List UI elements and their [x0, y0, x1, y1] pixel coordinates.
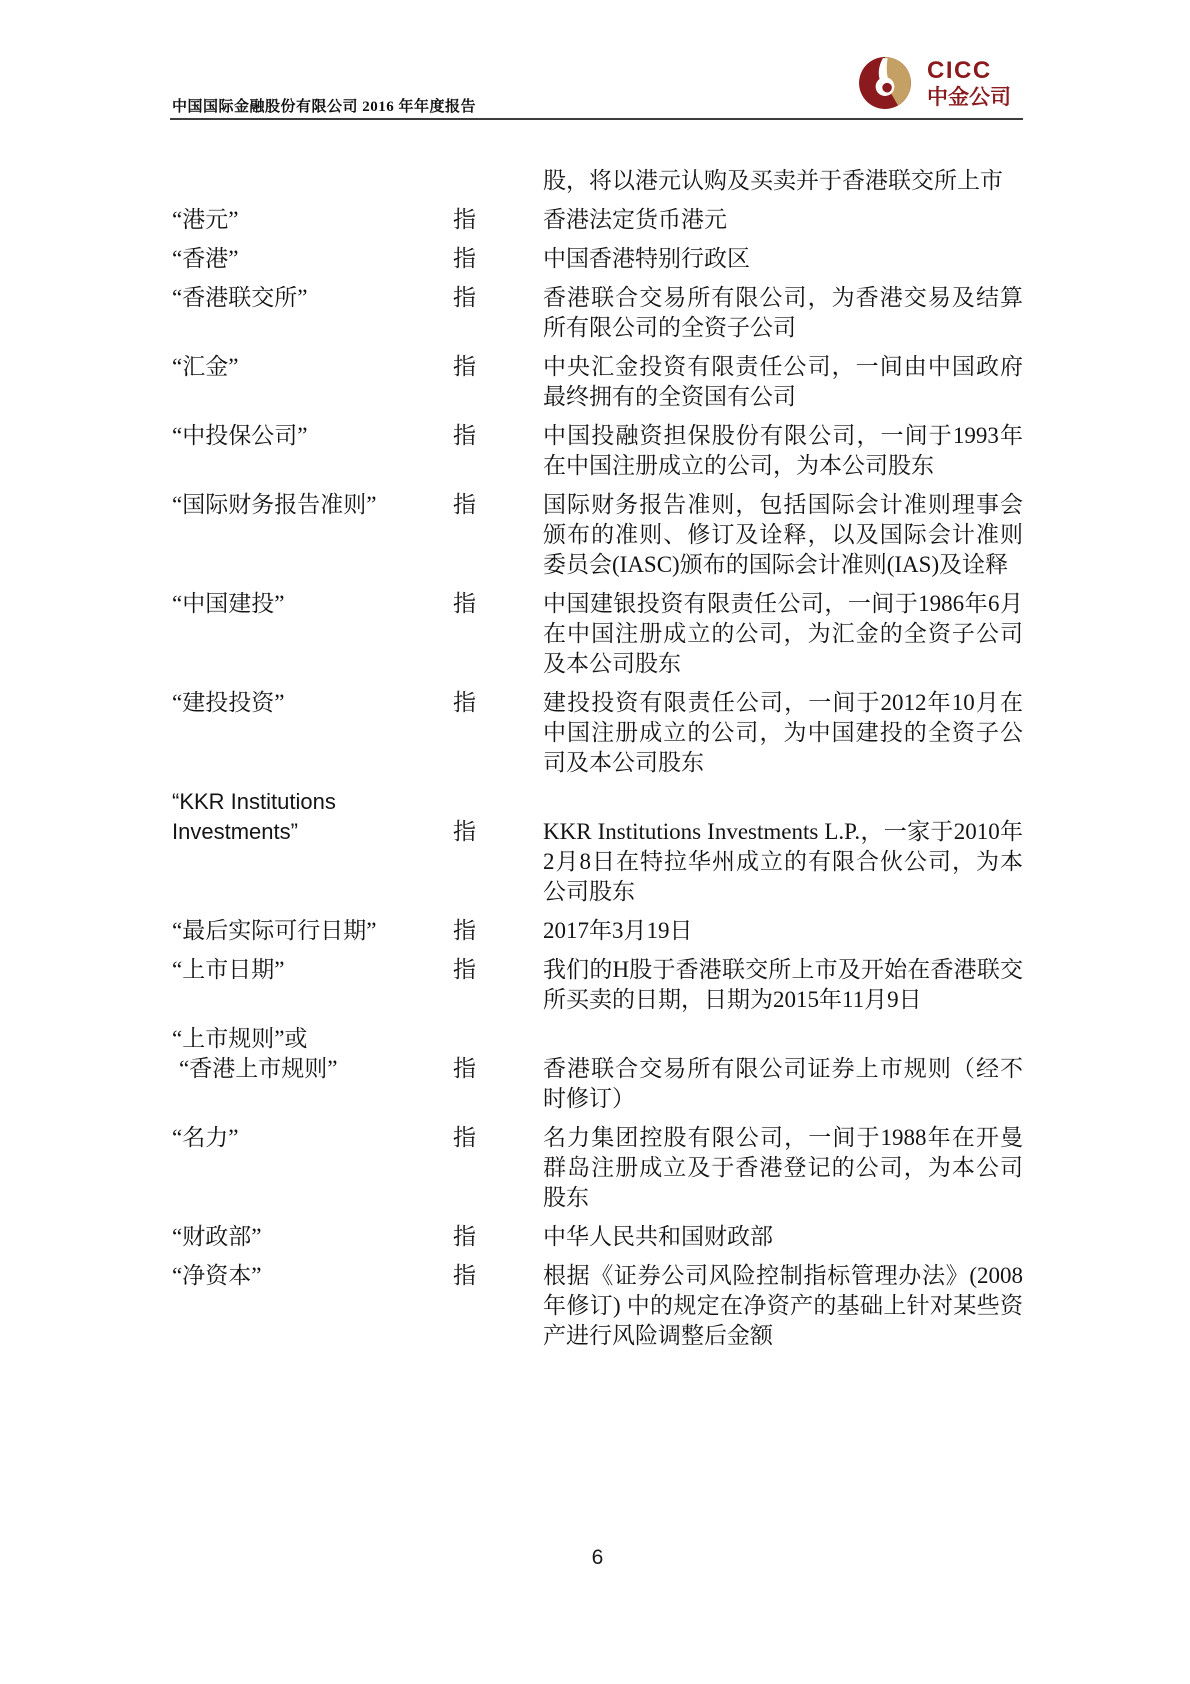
- definition-row: “香港联交所” 指 香港联合交易所有限公司，为香港交易及结算所有限公司的全资子公…: [172, 283, 1023, 343]
- term-text: Investments”: [172, 817, 453, 847]
- term-cell: “KKR Institutions Investments”: [172, 787, 453, 907]
- zhi-text: 指: [453, 1263, 476, 1288]
- logo-wordmark-cjk: 中金公司: [927, 87, 1011, 108]
- definition-row: “汇金” 指 中央汇金投资有限责任公司，一间由中国政府最终拥有的全资国有公司: [172, 352, 1023, 412]
- zhi-cell: 指: [453, 916, 543, 946]
- term-cell: “建投投资”: [172, 688, 453, 778]
- cicc-logo-icon: [858, 56, 912, 110]
- definition-text: 2017年3月19日: [543, 918, 693, 943]
- definition-row: “中国建投” 指 中国建银投资有限责任公司，一间于1986年6月在中国注册成立的…: [172, 589, 1023, 679]
- zhi-cell: 指: [453, 1024, 543, 1114]
- term-text-line1: “上市规则”或: [172, 1024, 453, 1054]
- term-text-line1: “KKR Institutions: [172, 787, 453, 817]
- zhi-text: 指: [453, 1056, 476, 1081]
- report-page: 中国国际金融股份有限公司 2016 年年度报告 CICC 中金公司 股，将以港元…: [0, 0, 1190, 1684]
- zhi-text: 指: [453, 207, 476, 232]
- definition-cell: 国际财务报告准则，包括国际会计准则理事会颁布的准则、修订及诠释，以及国际会计准则…: [543, 490, 1023, 580]
- term-cell: “最后实际可行日期”: [172, 916, 453, 946]
- definition-text: 根据《证券公司风险控制指标管理办法》(2008年修订) 中的规定在净资产的基础上…: [543, 1263, 1023, 1348]
- term-text: “名力”: [172, 1123, 453, 1153]
- definition-cell: 中央汇金投资有限责任公司，一间由中国政府最终拥有的全资国有公司: [543, 352, 1023, 412]
- zhi-cell: 指: [453, 955, 543, 1015]
- definition-cell: 中国香港特别行政区: [543, 244, 1023, 274]
- zhi-cell: 指: [453, 589, 543, 679]
- definitions-table: 股，将以港元认购及买卖并于香港联交所上市 “港元” 指 香港法定货币港元 “香港…: [172, 166, 1023, 1360]
- term-cell: “港元”: [172, 205, 453, 235]
- definition-row: “上市日期” 指 我们的H股于香港联交所上市及开始在香港联交所买卖的日期，日期为…: [172, 955, 1023, 1015]
- definition-cell: 股，将以港元认购及买卖并于香港联交所上市: [543, 166, 1023, 196]
- term-text: “香港”: [172, 244, 453, 274]
- definition-row: “财政部” 指 中华人民共和国财政部: [172, 1222, 1023, 1252]
- definition-cell: 香港联合交易所有限公司证券上市规则（经不时修订）: [543, 1024, 1023, 1114]
- term-cell: “汇金”: [172, 352, 453, 412]
- zhi-cell: 指: [453, 1123, 543, 1213]
- definition-cell: 2017年3月19日: [543, 916, 1023, 946]
- term-text: “中国建投”: [172, 589, 453, 619]
- definition-row: “净资本” 指 根据《证券公司风险控制指标管理办法》(2008年修订) 中的规定…: [172, 1261, 1023, 1351]
- definition-text: KKR Institutions Investments L.P.，一家于201…: [543, 819, 1023, 904]
- definition-cell: 香港法定货币港元: [543, 205, 1023, 235]
- term-cell: “中投保公司”: [172, 421, 453, 481]
- definition-text: 我们的H股于香港联交所上市及开始在香港联交所买卖的日期，日期为2015年11月9…: [543, 957, 1023, 1012]
- term-text: “建投投资”: [172, 688, 453, 718]
- definition-cell: 建投投资有限责任公司，一间于2012年10月在中国注册成立的公司，为中国建投的全…: [543, 688, 1023, 778]
- zhi-text: 指: [453, 957, 476, 982]
- logo-wordmark-latin: CICC: [927, 59, 1011, 83]
- definition-row: “建投投资” 指 建投投资有限责任公司，一间于2012年10月在中国注册成立的公…: [172, 688, 1023, 778]
- term-cell: “名力”: [172, 1123, 453, 1213]
- zhi-text: 指: [453, 492, 476, 517]
- definition-cell: 香港联合交易所有限公司，为香港交易及结算所有限公司的全资子公司: [543, 283, 1023, 343]
- term-cell: “香港”: [172, 244, 453, 274]
- report-title: 中国国际金融股份有限公司 2016 年年度报告: [172, 95, 476, 116]
- definition-cell: 根据《证券公司风险控制指标管理办法》(2008年修订) 中的规定在净资产的基础上…: [543, 1261, 1023, 1351]
- definition-row: “最后实际可行日期” 指 2017年3月19日: [172, 916, 1023, 946]
- zhi-text: 指: [453, 354, 476, 379]
- definition-cell: KKR Institutions Investments L.P.，一家于201…: [543, 787, 1023, 907]
- zhi-text: 指: [453, 819, 476, 844]
- zhi-text: 指: [453, 591, 476, 616]
- definition-text: 香港联合交易所有限公司证券上市规则（经不时修订）: [543, 1056, 1023, 1111]
- zhi-cell: 指: [453, 352, 543, 412]
- definition-row: “KKR Institutions Investments” 指 KKR Ins…: [172, 787, 1023, 907]
- term-text: “净资本”: [172, 1261, 453, 1291]
- definition-text: 建投投资有限责任公司，一间于2012年10月在中国注册成立的公司，为中国建投的全…: [543, 690, 1023, 775]
- definition-text: 香港联合交易所有限公司，为香港交易及结算所有限公司的全资子公司: [543, 285, 1023, 340]
- definition-cell: 名力集团控股有限公司，一间于1988年在开曼群岛注册成立及于香港登记的公司，为本…: [543, 1123, 1023, 1213]
- term-text: “香港联交所”: [172, 283, 453, 313]
- term-cell: “财政部”: [172, 1222, 453, 1252]
- definition-row: “香港” 指 中国香港特别行政区: [172, 244, 1023, 274]
- definition-row: “中投保公司” 指 中国投融资担保股份有限公司，一间于1993年在中国注册成立的…: [172, 421, 1023, 481]
- term-cell: “净资本”: [172, 1261, 453, 1351]
- term-cell: “上市日期”: [172, 955, 453, 1015]
- zhi-text: 指: [453, 1125, 476, 1150]
- definition-cell: 中国投融资担保股份有限公司，一间于1993年在中国注册成立的公司，为本公司股东: [543, 421, 1023, 481]
- zhi-text: 指: [453, 246, 476, 271]
- definition-cell: 中国建银投资有限责任公司，一间于1986年6月在中国注册成立的公司，为汇金的全资…: [543, 589, 1023, 679]
- zhi-text: 指: [453, 1224, 476, 1249]
- definition-cell: 中华人民共和国财政部: [543, 1222, 1023, 1252]
- zhi-cell: 指: [453, 1222, 543, 1252]
- page-number: 6: [172, 1546, 1023, 1570]
- definition-text: 中国投融资担保股份有限公司，一间于1993年在中国注册成立的公司，为本公司股东: [543, 423, 1023, 478]
- zhi-cell: 指: [453, 244, 543, 274]
- zhi-cell: 指: [453, 490, 543, 580]
- term-text: “港元”: [172, 205, 453, 235]
- zhi-text: 指: [453, 690, 476, 715]
- term-cell: “香港联交所”: [172, 283, 453, 343]
- definition-text: 中华人民共和国财政部: [543, 1224, 773, 1249]
- logo-wordmark: CICC 中金公司: [927, 59, 1011, 108]
- zhi-text: 指: [453, 285, 476, 310]
- zhi-cell: 指: [453, 787, 543, 907]
- definition-row: 股，将以港元认购及买卖并于香港联交所上市: [172, 166, 1023, 196]
- definition-text: 中国香港特别行政区: [543, 246, 750, 271]
- zhi-cell: 指: [453, 283, 543, 343]
- term-cell: “中国建投”: [172, 589, 453, 679]
- term-cell: “国际财务报告准则”: [172, 490, 453, 580]
- definition-text: 中国建银投资有限责任公司，一间于1986年6月在中国注册成立的公司，为汇金的全资…: [543, 591, 1023, 676]
- definition-cell: 我们的H股于香港联交所上市及开始在香港联交所买卖的日期，日期为2015年11月9…: [543, 955, 1023, 1015]
- zhi-cell: 指: [453, 205, 543, 235]
- zhi-text: 指: [453, 423, 476, 448]
- term-text: “最后实际可行日期”: [172, 916, 453, 946]
- term-text: “财政部”: [172, 1222, 453, 1252]
- term-cell: “上市规则”或 “香港上市规则”: [172, 1024, 453, 1114]
- zhi-cell: 指: [453, 1261, 543, 1351]
- header-rule: [170, 118, 1023, 120]
- definition-row: “港元” 指 香港法定货币港元: [172, 205, 1023, 235]
- definition-text: 中央汇金投资有限责任公司，一间由中国政府最终拥有的全资国有公司: [543, 354, 1023, 409]
- term-text: “香港上市规则”: [172, 1054, 453, 1084]
- zhi-cell: 指: [453, 421, 543, 481]
- definition-row: “名力” 指 名力集团控股有限公司，一间于1988年在开曼群岛注册成立及于香港登…: [172, 1123, 1023, 1213]
- term-text: “上市日期”: [172, 955, 453, 985]
- term-text: “中投保公司”: [172, 421, 453, 451]
- definition-text: 股，将以港元认购及买卖并于香港联交所上市: [543, 168, 1003, 193]
- definition-text: 名力集团控股有限公司，一间于1988年在开曼群岛注册成立及于香港登记的公司，为本…: [543, 1125, 1023, 1210]
- definition-row: “上市规则”或 “香港上市规则” 指 香港联合交易所有限公司证券上市规则（经不时…: [172, 1024, 1023, 1114]
- zhi-text: 指: [453, 918, 476, 943]
- term-cell: [172, 166, 453, 196]
- term-text: “国际财务报告准则”: [172, 490, 453, 520]
- definition-text: 国际财务报告准则，包括国际会计准则理事会颁布的准则、修订及诠释，以及国际会计准则…: [543, 492, 1023, 577]
- definition-row: “国际财务报告准则” 指 国际财务报告准则，包括国际会计准则理事会颁布的准则、修…: [172, 490, 1023, 580]
- zhi-cell: [453, 166, 543, 196]
- term-text: “汇金”: [172, 352, 453, 382]
- definition-text: 香港法定货币港元: [543, 207, 727, 232]
- cicc-logo: CICC 中金公司: [858, 56, 1011, 110]
- zhi-cell: 指: [453, 688, 543, 778]
